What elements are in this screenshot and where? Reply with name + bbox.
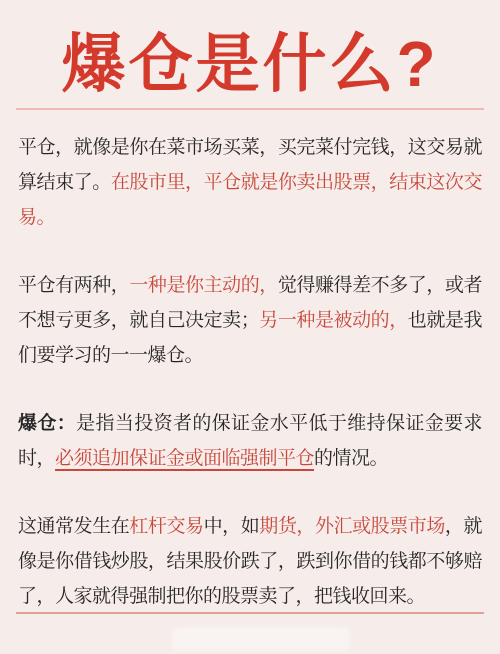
text-segment-red: 期货，外汇或股票市场 [259,516,445,537]
text-segment-normal: 的情况。 [314,448,388,469]
text-segment-normal: 平仓有两种， [18,275,129,296]
text-segment-red: 杠杆交易 [129,516,203,537]
text-segment-normal: 这通常发生在 [18,516,129,537]
content: 平仓，就像是你在菜市场买菜，买完菜付完钱，这交易就算结束了。在股市里，平仓就是你… [0,110,500,614]
page-title: 爆仓是什么? [0,0,500,100]
text-segment-bold: 爆仓： [18,413,76,434]
infographic-card: 爆仓是什么? 平仓，就像是你在菜市场买菜，买完菜付完钱，这交易就算结束了。在股市… [0,0,500,654]
text-segment-red: 一种是你主动的， [129,275,278,296]
paragraph: 平仓有两种，一种是你主动的，觉得赚得差不多了，或者不想亏更多，就自己决定卖；另一… [18,268,482,373]
text-segment-normal: 中，如 [204,516,260,537]
watermark [172,627,350,651]
text-segment-red: 另一种是被动的， [259,310,408,331]
bottom-divider [16,612,484,614]
text-segment-red-underline: 必须追加保证金或面临强制平仓 [55,448,314,469]
paragraph: 平仓，就像是你在菜市场买菜，买完菜付完钱，这交易就算结束了。在股市里，平仓就是你… [18,130,482,235]
paragraph: 这通常发生在杠杆交易中，如期货，外汇或股票市场，就像是你借钱炒股，结果股价跌了，… [18,509,482,614]
paragraph: 爆仓：是指当投资者的保证金水平低于维持保证金要求时，必须追加保证金或面临强制平仓… [18,406,482,476]
